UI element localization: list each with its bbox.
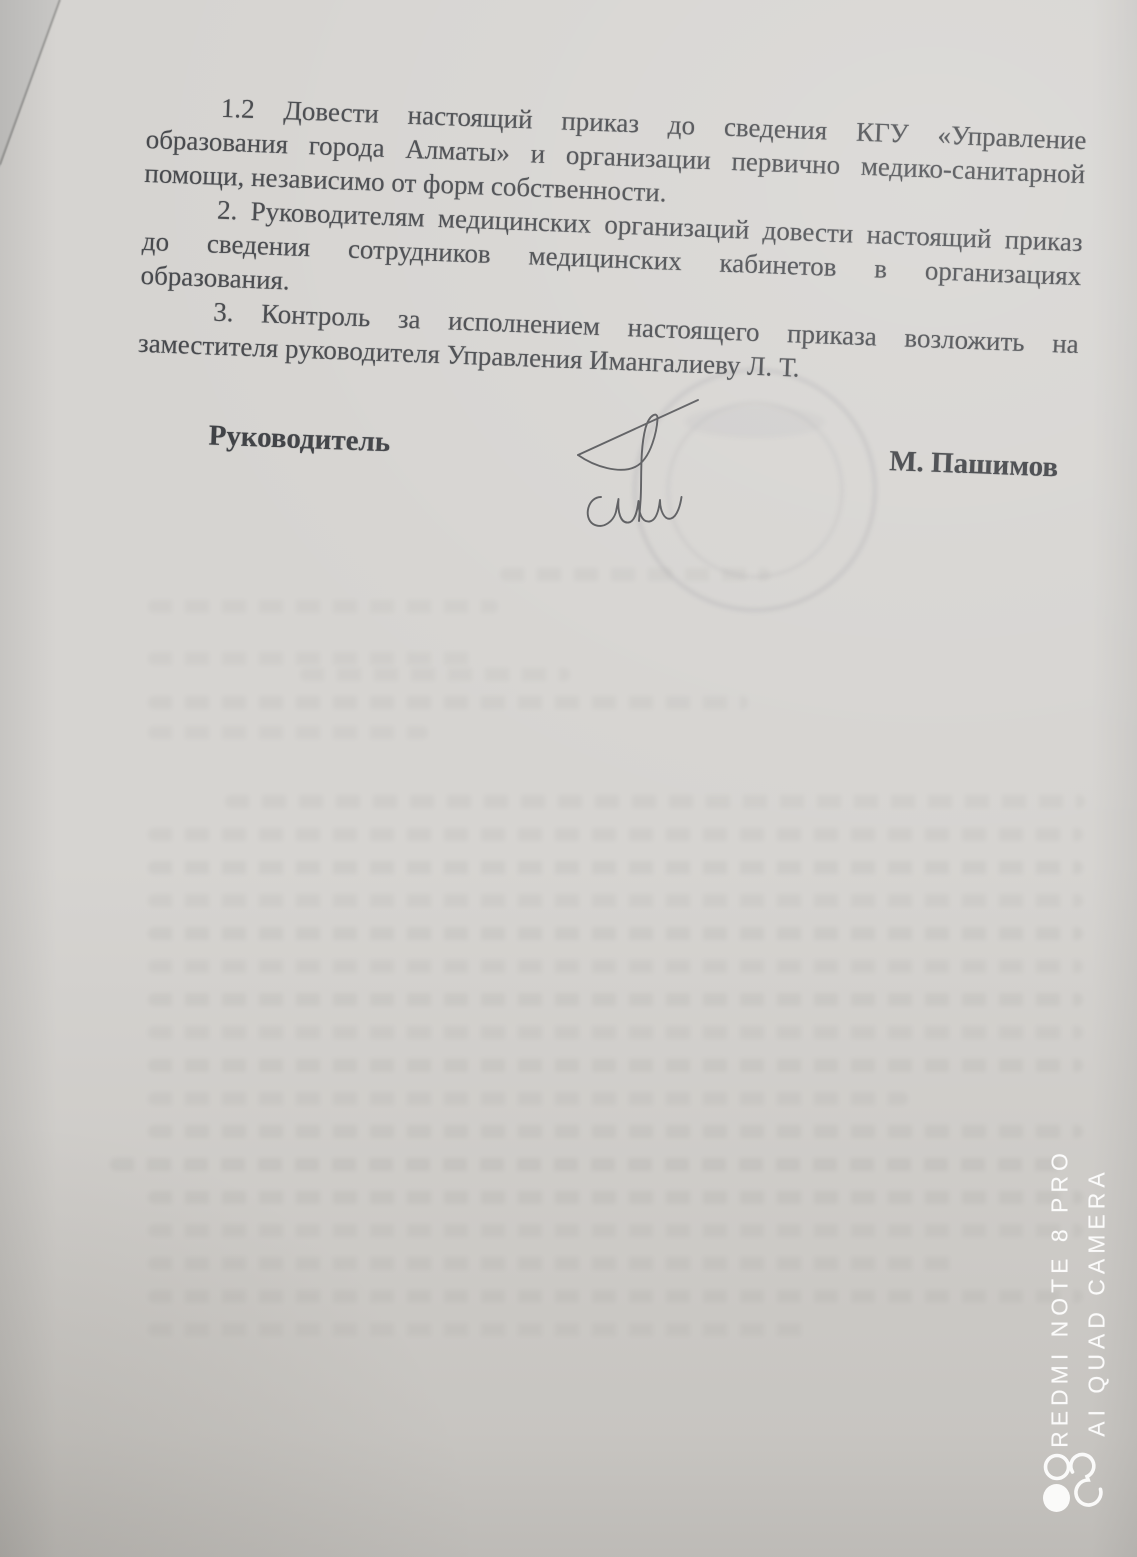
bleedthrough-line [300, 668, 570, 681]
bleedthrough-line [148, 726, 428, 739]
bleedthrough-line [148, 1323, 808, 1336]
bleedthrough-line [148, 960, 1083, 973]
quad-camera-logo-icon [1036, 1446, 1108, 1514]
handwritten-signature [540, 370, 720, 540]
bleedthrough-line [148, 1290, 1083, 1303]
bleedthrough-line [148, 1092, 908, 1105]
bleedthrough-line [148, 600, 498, 613]
bleedthrough-line [225, 795, 1085, 808]
bleedthrough-line [148, 1191, 1083, 1204]
watermark-text-line-1: REDMI NOTE 8 PRO [1047, 1148, 1074, 1448]
bleedthrough-line [148, 894, 1083, 907]
bleedthrough-line [148, 1125, 1083, 1138]
bleedthrough-line [148, 1026, 1083, 1039]
signature-stroke [588, 497, 682, 526]
bleedthrough-line [148, 1059, 1083, 1072]
bleedthrough-line [148, 1257, 958, 1270]
signatory-name: М. Пашимов [889, 444, 1059, 484]
bleedthrough-line [148, 652, 478, 665]
bleedthrough-line [148, 1224, 1083, 1237]
bleedthrough-line [148, 696, 748, 709]
photographed-document-page: { "document": { "paragraphs": [ { "lines… [0, 0, 1137, 1557]
bleedthrough-line [148, 828, 1083, 841]
signature-title: Руководитель [208, 419, 391, 460]
watermark-text-line-2: AI QUAD CAMERA [1084, 1167, 1111, 1436]
bleedthrough-line [148, 927, 1083, 940]
bleedthrough-line [148, 993, 1083, 1006]
signature-stroke [578, 400, 698, 455]
bleedthrough-line [110, 1158, 1060, 1171]
bleedthrough-line [148, 861, 1083, 874]
